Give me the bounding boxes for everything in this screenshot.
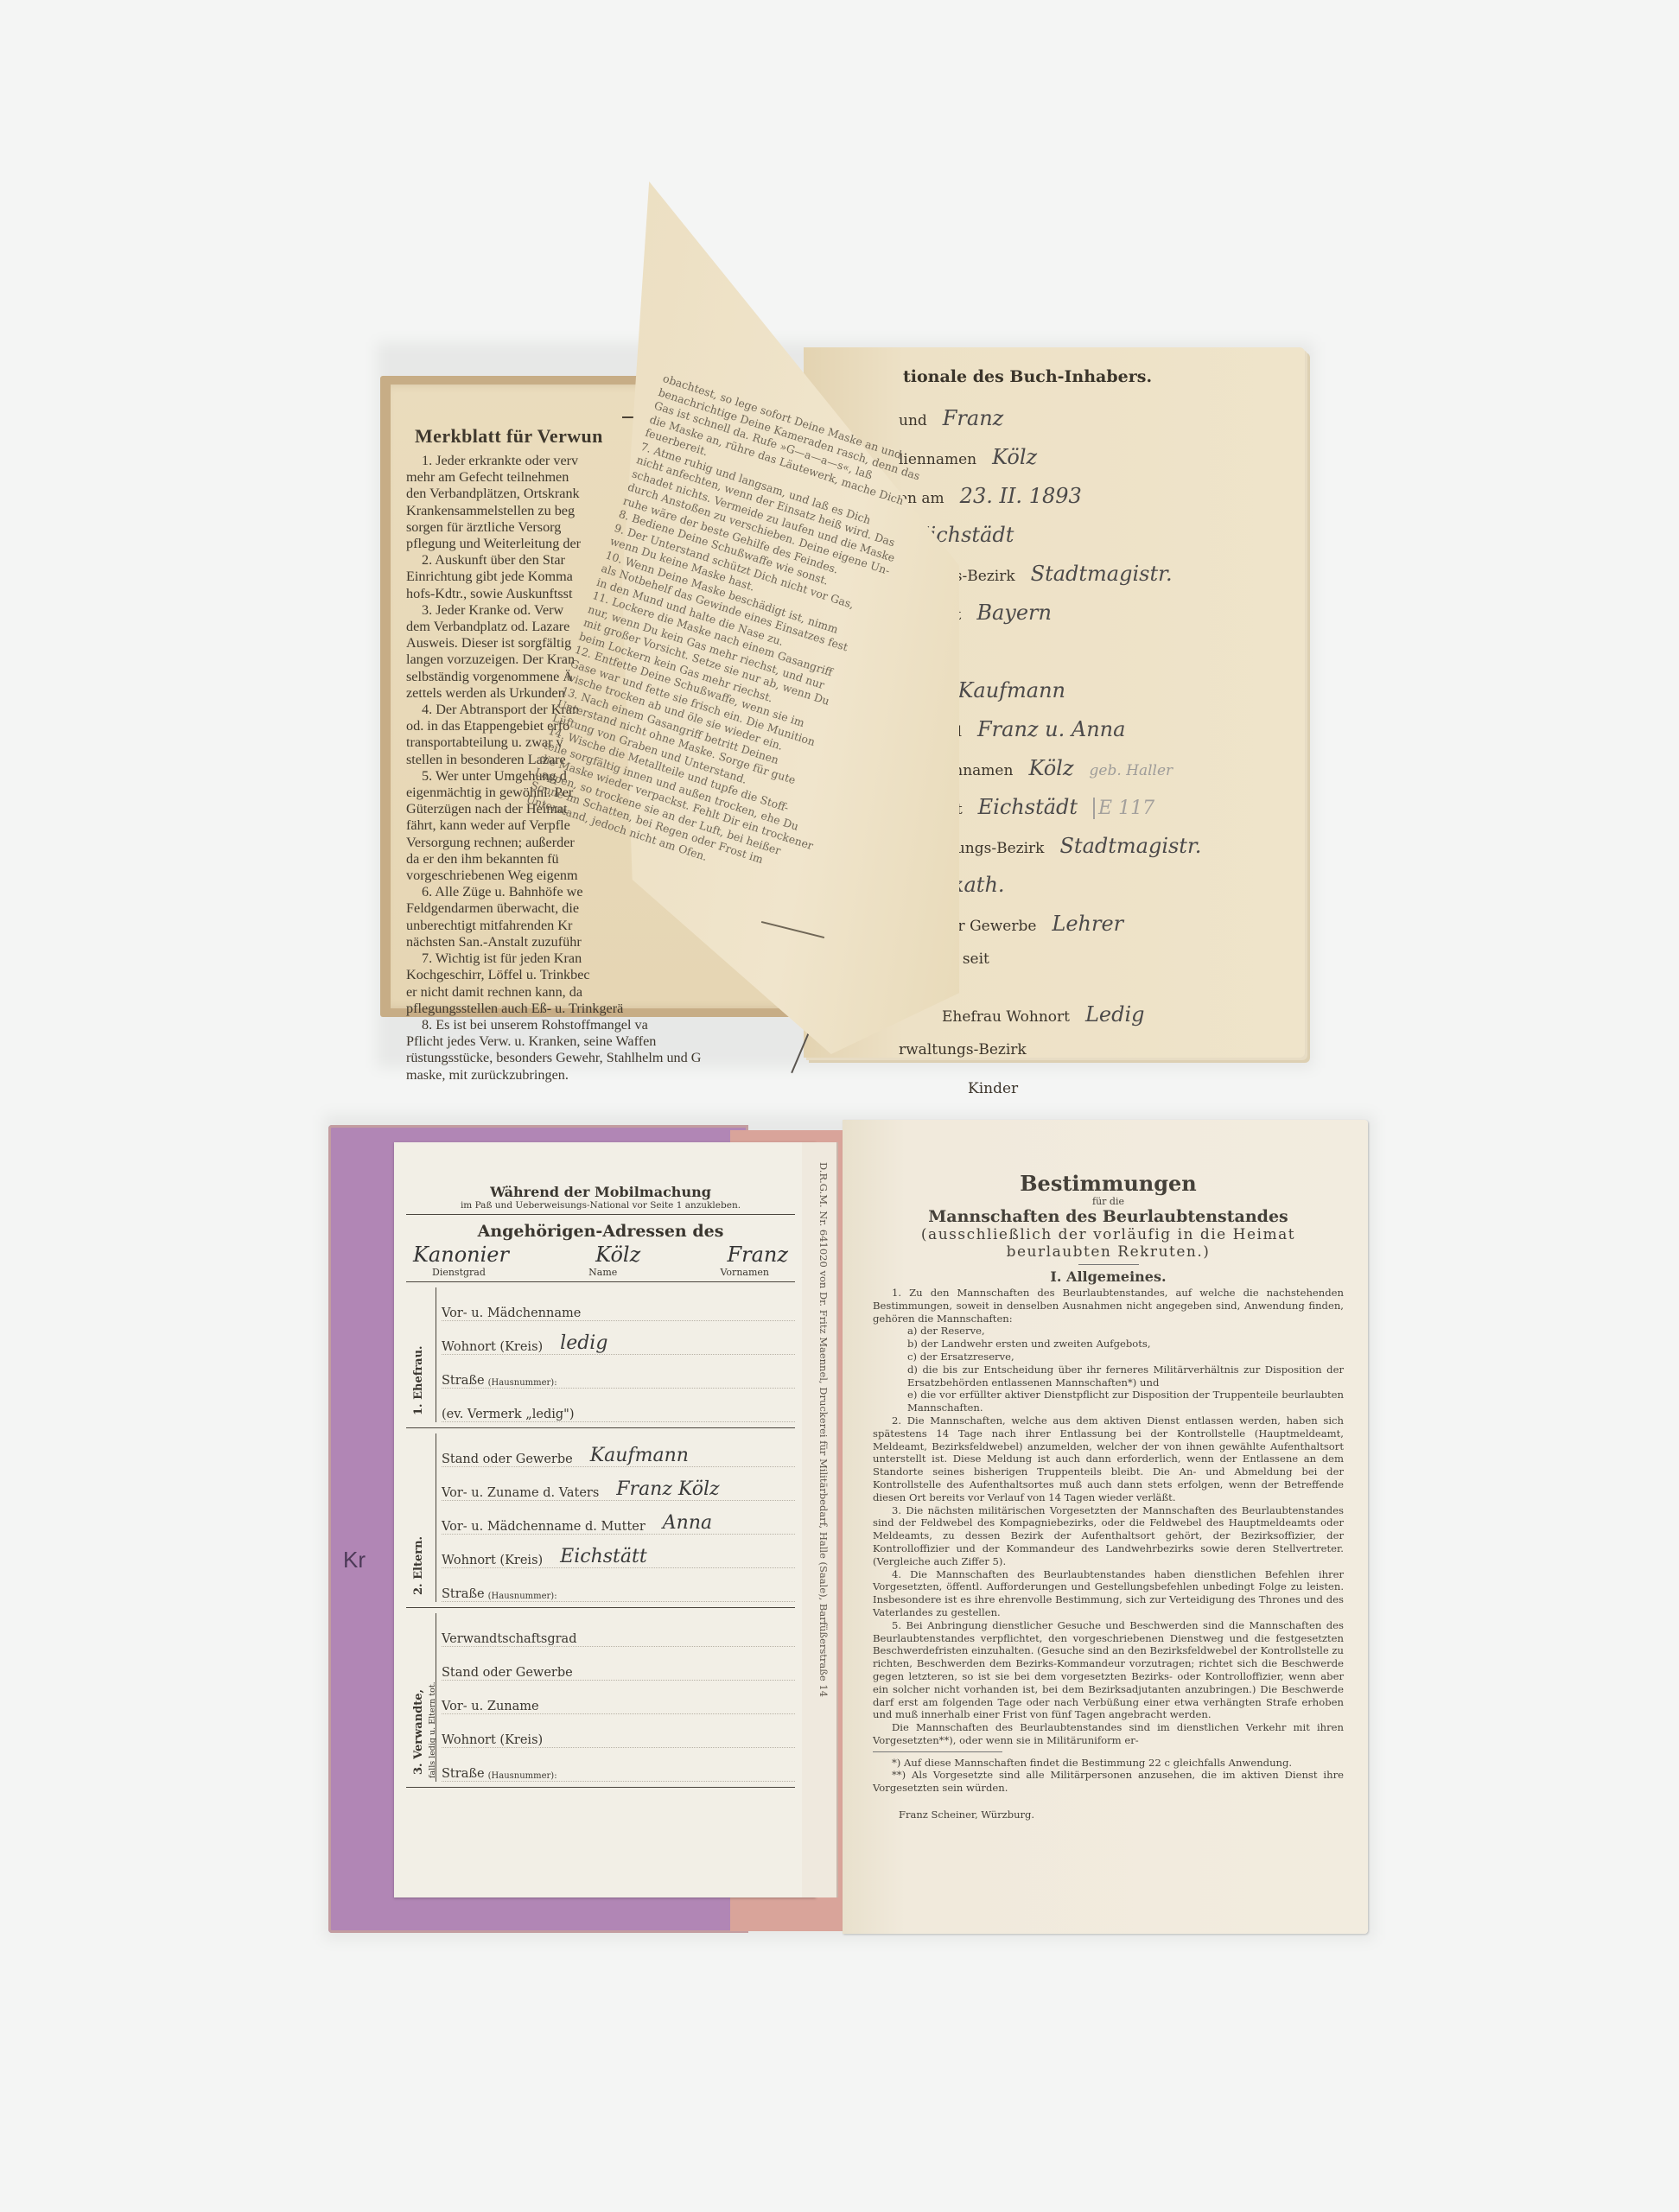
holder-name-row: Kanonier Kölz Franz <box>406 1241 795 1267</box>
form-field: Stand oder Gewerbe <box>442 1647 795 1681</box>
national-row: Kinder <box>968 1080 1018 1097</box>
form-field: Vor- u. Mädchenname <box>442 1287 795 1321</box>
national-title: tionale des Buch-Inhabers. <box>903 367 1152 386</box>
bestimmungen-subtitle: Mannschaften des Beurlaubtenstandes <box>873 1207 1344 1226</box>
form-field: Stand oder GewerbeKaufmann <box>442 1433 795 1467</box>
section-label: 3. Verwandte,falls ledig u. Eltern tot. <box>406 1613 436 1782</box>
national-row: rwaltungs-Bezirk <box>899 1041 1027 1058</box>
field-label: Stand oder Gewerbe <box>442 1452 573 1466</box>
section-title: 3. Verwandte, <box>412 1689 425 1775</box>
field-label: rwaltungs-Bezirk <box>899 1041 1027 1058</box>
section-label: 1. Ehefrau. <box>406 1287 436 1422</box>
handwritten-value: Stadtmagistr. <box>1031 562 1173 586</box>
form-field: Wohnort (Kreis)ledig <box>442 1321 795 1355</box>
field-label: Wohnort (Kreis) <box>442 1554 543 1567</box>
form-field: Verwandtschaftsgrad <box>442 1613 795 1647</box>
section-fields: VerwandtschaftsgradStand oder GewerbeVor… <box>436 1613 795 1782</box>
bestimmungen-title: Bestimmungen <box>873 1171 1344 1196</box>
relative-section: 3. Verwandte,falls ledig u. Eltern tot.V… <box>406 1608 795 1788</box>
field-label: Ehefrau Wohnort <box>942 1008 1070 1026</box>
field-label: Straße <box>442 1767 485 1781</box>
footnotes: *) Auf diese Mannschaften findet die Bes… <box>873 1757 1344 1795</box>
handwritten-value: Lehrer <box>1052 912 1123 936</box>
merkblatt-line: maske, mit zurückzubringen. <box>406 1067 812 1084</box>
field-label: Kinder <box>968 1080 1018 1097</box>
handwritten-value: Anna <box>663 1512 712 1534</box>
bestimmungen-paragraphs: 1. Zu den Mannschaften des Beurlaubtenst… <box>873 1287 1344 1747</box>
form-field: Straße(Hausnummer): <box>442 1748 795 1782</box>
regulation-paragraph: e) die vor erfüllter aktiver Dienstpflic… <box>873 1389 1344 1414</box>
handwritten-value: Franz <box>943 406 1004 430</box>
field-label: Straße <box>442 1374 485 1388</box>
merkblatt-line: rüstungsstücke, besonders Gewehr, Stahlh… <box>406 1050 812 1066</box>
regulation-paragraph: b) der Landwehr ersten und zweiten Aufge… <box>873 1338 1344 1351</box>
form-field: Straße(Hausnummer): <box>442 1568 795 1602</box>
field-label: Stand oder Gewerbe <box>442 1666 573 1680</box>
card-title: Während der Mobilmachung <box>406 1184 795 1200</box>
section-fields: Stand oder GewerbeKaufmannVor- u. Zuname… <box>436 1433 795 1602</box>
firstname-value: Franz <box>727 1243 788 1267</box>
name-label: Name <box>588 1267 617 1278</box>
field-label: Vor- u. Zuname <box>442 1700 539 1713</box>
handwritten-value: Kaufmann <box>957 678 1065 702</box>
form-field: Wohnort (Kreis)Eichstätt <box>442 1535 795 1568</box>
regulation-paragraph: 3. Die nächsten militärischen Vorgesetzt… <box>873 1504 1344 1568</box>
field-label: Wohnort (Kreis) <box>442 1340 543 1354</box>
printer-credit: Franz Scheiner, Würzburg. <box>873 1808 1344 1821</box>
field-sublabel: (Hausnummer): <box>488 1592 557 1601</box>
form-field: Vor- u. Mädchenname d. MutterAnna <box>442 1501 795 1535</box>
handwritten-value: Eichstädt <box>978 795 1078 819</box>
handwritten-value: Kölz <box>992 445 1037 469</box>
section-title: 1. Ehefrau. <box>412 1345 425 1415</box>
printer-imprint: D.R.G.M. Nr. 641020 von Dr. Fritz Maenne… <box>812 1162 830 1879</box>
field-label: Wohnort (Kreis) <box>442 1733 543 1747</box>
form-field: Vor- u. Zuname d. VatersFranz Kölz <box>442 1467 795 1501</box>
section-sublabel: falls ledig u. Eltern tot. <box>428 1681 437 1778</box>
section-heading: I. Allgemeines. <box>873 1268 1344 1285</box>
handwritten-value: ledig <box>560 1332 607 1354</box>
footnote: **) Als Vorgesetzte sind alle Militärper… <box>873 1769 1344 1795</box>
regulation-paragraph: a) der Reserve, <box>873 1325 1344 1338</box>
national-row: undFranz <box>899 406 1003 430</box>
field-label: Vor- u. Mädchenname <box>442 1306 581 1320</box>
bestimmungen-paren: (ausschließlich der vorläufig in die Hei… <box>873 1226 1344 1261</box>
handwritten-value: Eichstätt <box>560 1546 647 1567</box>
section-title: 2. Eltern. <box>412 1536 425 1595</box>
section-label: 2. Eltern. <box>406 1433 436 1602</box>
firstname-label: Vornamen <box>721 1267 769 1278</box>
regulation-paragraph: Die Mannschaften des Beurlaubtenstandes … <box>873 1721 1344 1747</box>
divider <box>1078 1264 1139 1265</box>
field-label: Vor- u. Zuname d. Vaters <box>442 1486 599 1500</box>
handwritten-value: Bayern <box>976 601 1052 625</box>
handwritten-value: kath. <box>951 873 1005 897</box>
field-label: (ev. Vermerk „ledig") <box>442 1408 575 1421</box>
rank-value: Kanonier <box>413 1243 509 1267</box>
cover-text: Kr <box>343 1547 366 1573</box>
field-sublabel: (Hausnummer): <box>488 1378 557 1388</box>
bestimmungen-text: Bestimmungen für die Mannschaften des Be… <box>873 1171 1344 1821</box>
regulation-paragraph: c) der Ersatzreserve, <box>873 1351 1344 1363</box>
card-heading: Angehörigen-Adressen des <box>406 1222 795 1241</box>
handwritten-value: Franz Kölz <box>616 1478 719 1500</box>
field-sublabel: (Hausnummer): <box>488 1771 557 1781</box>
regulation-paragraph: 2. Die Mannschaften, welche aus dem akti… <box>873 1414 1344 1504</box>
rank-label: Dienstgrad <box>432 1267 486 1278</box>
regulation-paragraph: d) die bis zur Entscheidung über ihr fer… <box>873 1363 1344 1389</box>
handwritten-value: Stadtmagistr. <box>1059 834 1201 858</box>
merkblatt-line: Pflicht jedes Verw. u. Kranken, seine Wa… <box>406 1033 812 1050</box>
holder-name-labels: Dienstgrad Name Vornamen <box>406 1267 795 1282</box>
form-field: (ev. Vermerk „ledig") <box>442 1389 795 1422</box>
relative-sections: 1. Ehefrau.Vor- u. MädchennameWohnort (K… <box>406 1282 795 1788</box>
footnote-divider <box>873 1751 1002 1752</box>
regulation-paragraph: 4. Die Mannschaften des Beurlaubtenstand… <box>873 1568 1344 1619</box>
regulation-paragraph: 1. Zu den Mannschaften des Beurlaubtenst… <box>873 1287 1344 1325</box>
form-field: Wohnort (Kreis) <box>442 1714 795 1748</box>
name-value: Kölz <box>595 1243 640 1267</box>
handwritten-value: Franz u. Anna <box>977 717 1125 741</box>
handwritten-value: 23. II. 1893 <box>960 484 1082 508</box>
card-subtitle: im Paß und Ueberweisungs-National vor Se… <box>406 1200 795 1215</box>
regulation-paragraph: 5. Bei Anbringung dienstlicher Gesuche u… <box>873 1619 1344 1721</box>
form-field: Straße(Hausnummer): <box>442 1355 795 1389</box>
merkblatt-line: pflegungsstellen auch Eß- u. Trinkgerä <box>406 1001 812 1017</box>
field-label: Verwandtschaftsgrad <box>442 1632 576 1646</box>
pencil-note: geb. Haller <box>1090 762 1173 779</box>
handwritten-value: Ledig <box>1085 1002 1145 1027</box>
field-label: Straße <box>442 1587 485 1601</box>
national-row: Ehefrau WohnortLedig <box>942 1002 1145 1027</box>
footnote: *) Auf diese Mannschaften findet die Bes… <box>873 1757 1344 1770</box>
address-form: Während der Mobilmachung im Paß und Uebe… <box>406 1184 795 1788</box>
merkblatt-line: 8. Es ist bei unserem Rohstoffmangel va <box>406 1017 812 1033</box>
handwritten-value: Kaufmann <box>590 1445 689 1466</box>
relative-section: 2. Eltern.Stand oder GewerbeKaufmannVor-… <box>406 1428 795 1608</box>
handwritten-value: Kölz <box>1028 756 1073 780</box>
bestimmungen-for: für die <box>873 1196 1344 1207</box>
relative-section: 1. Ehefrau.Vor- u. MädchennameWohnort (K… <box>406 1282 795 1428</box>
pencil-annotation: E 117 <box>1093 798 1154 819</box>
section-fields: Vor- u. MädchennameWohnort (Kreis)ledigS… <box>436 1287 795 1422</box>
field-label: Vor- u. Mädchenname d. Mutter <box>442 1520 646 1534</box>
merkblatt-line: er nicht damit rechnen kann, da <box>406 984 812 1001</box>
form-field: Vor- u. Zuname <box>442 1681 795 1714</box>
field-label: und <box>899 412 927 429</box>
